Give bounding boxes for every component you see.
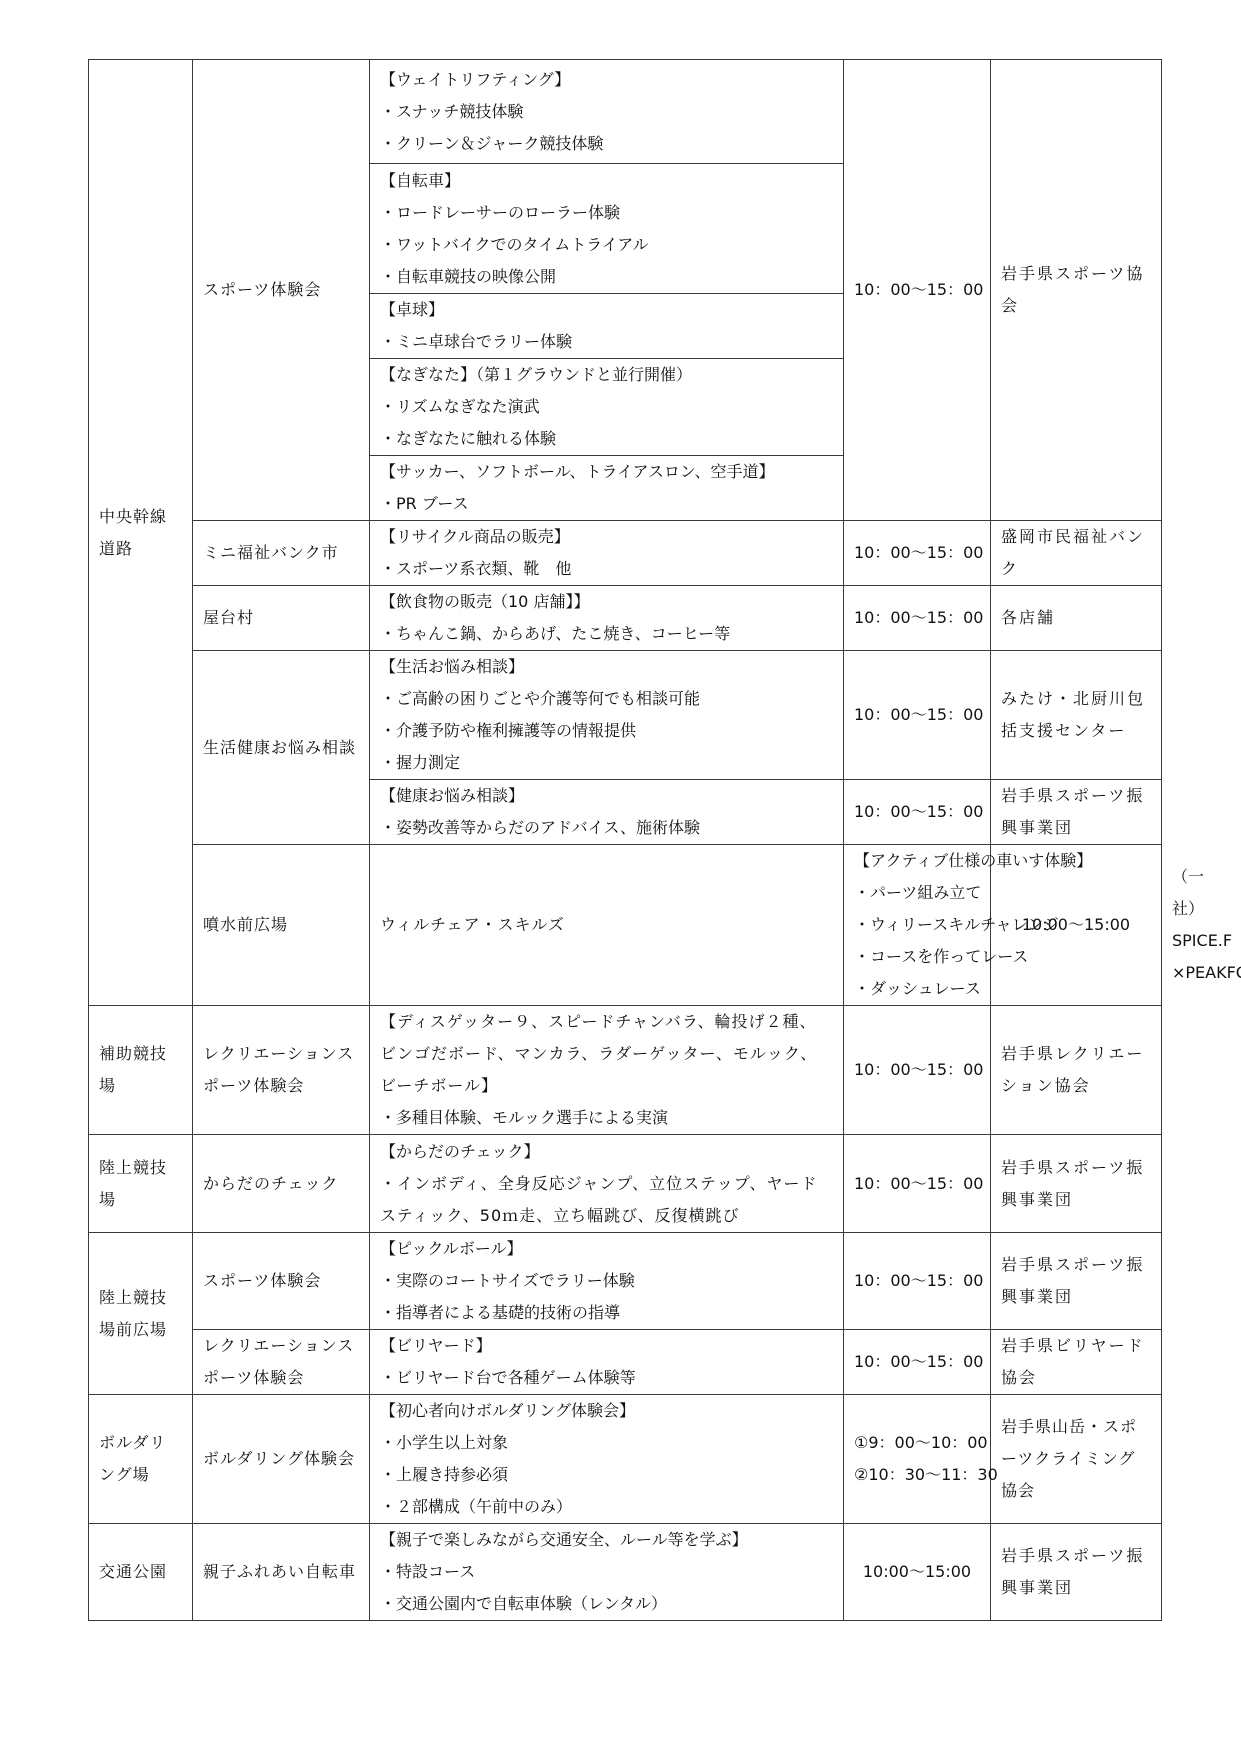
time-cell: 10：00～15：00 xyxy=(844,521,991,586)
content-item: ・なぎなたに触れる体験 xyxy=(380,423,833,455)
event-name-cell: ウィルチェア・スキルズ xyxy=(370,845,844,1006)
content-item: ・上履き持参必須 xyxy=(380,1459,833,1491)
time-cell: 10：00～15：00 xyxy=(844,1233,991,1330)
content-item: ・介護予防や権利擁護等の情報提供 xyxy=(380,715,833,747)
organizer-cell: 岩手県スポーツ振興事業団 xyxy=(991,1135,1162,1233)
event-name-cell: スポーツ体験会 xyxy=(193,60,370,521)
table-row: レクリエーションスポーツ体験会 【ビリヤード】 ・ビリヤード台で各種ゲーム体験等… xyxy=(89,1330,1162,1395)
table-row: 陸上競技場前広場 スポーツ体験会 【ピックルボール】 ・実際のコートサイズでラリ… xyxy=(89,1233,1162,1330)
organizer-cell: 岩手県スポーツ振興事業団 xyxy=(991,780,1162,845)
event-name-cell: からだのチェック xyxy=(193,1135,370,1233)
content-heading: 【リサイクル商品の販売】 xyxy=(380,521,833,553)
content-heading: 【からだのチェック】 xyxy=(380,1136,833,1168)
organizer-cell: 岩手県スポーツ協会 xyxy=(991,60,1162,521)
venue-cell: 補助競技場 xyxy=(89,1006,193,1135)
content-item: ・ご高齢の困りごとや介護等何でも相談可能 xyxy=(380,683,833,715)
content-heading: 【飲食物の販売（10 店舗】】 xyxy=(380,586,833,618)
content-item: ・特設コース xyxy=(380,1556,833,1588)
content-cell: 【ビリヤード】 ・ビリヤード台で各種ゲーム体験等 xyxy=(370,1330,844,1395)
organizer-cell: 岩手県レクリエーション協会 xyxy=(991,1006,1162,1135)
content-item: ・ダッシュレース xyxy=(854,973,980,1005)
event-name-cell: レクリエーションスポーツ体験会 xyxy=(193,1330,370,1395)
venue-cell: ボルダリング場 xyxy=(89,1395,193,1524)
content-item: ・姿勢改善等からだのアドバイス、施術体験 xyxy=(380,812,833,844)
venue-cell: 陸上競技場 xyxy=(89,1135,193,1233)
content-heading: 【自転車】 xyxy=(380,165,833,197)
content-item: ・ロードレーサーのローラー体験 xyxy=(380,197,833,229)
content-item: ・リズムなぎなた演武 xyxy=(380,391,833,423)
time-cell: 10：00～15：00 xyxy=(844,1006,991,1135)
content-cell: 【自転車】 ・ロードレーサーのローラー体験 ・ワットバイクでのタイムトライアル … xyxy=(370,164,844,294)
time-cell: 10：00～15：00 xyxy=(844,1330,991,1395)
organizer-cell: 岩手県山岳・スポーツクライミング協会 xyxy=(991,1395,1162,1524)
time-cell: ①9：00～10：00 ②10：30～11：30 xyxy=(844,1395,991,1524)
content-item: ・実際のコートサイズでラリー体験 xyxy=(380,1265,833,1297)
event-name-cell: スポーツ体験会 xyxy=(193,1233,370,1330)
content-item: ・自転車競技の映像公開 xyxy=(380,261,833,293)
venue-cell: 中央幹線道路 xyxy=(89,60,193,1006)
content-heading: 【アクティブ仕様の車いす体験】 xyxy=(854,845,980,877)
content-item: ・握力測定 xyxy=(380,747,833,779)
organizer-cell: 岩手県スポーツ振興事業団 xyxy=(991,1524,1162,1621)
time-cell: 10：00～15：00 xyxy=(844,1135,991,1233)
content-item: ・インボディ、全身反応ジャンプ、立位ステップ、ヤードスティック、50ｍ走、立ち幅… xyxy=(380,1168,833,1232)
table-row: 噴水前広場 ウィルチェア・スキルズ 【アクティブ仕様の車いす体験】 ・パーツ組み… xyxy=(89,845,1162,1006)
content-item: ・PR ブース xyxy=(380,488,833,520)
time-cell: 10：00～15：00 xyxy=(844,60,991,521)
content-heading: 【ディスゲッター９、スピードチャンバラ、輪投げ２種、ビンゴだボード、マンカラ、ラ… xyxy=(380,1006,833,1102)
content-cell: 【ピックルボール】 ・実際のコートサイズでラリー体験 ・指導者による基礎的技術の… xyxy=(370,1233,844,1330)
content-item: ・コースを作ってレース xyxy=(854,941,980,973)
organizer-cell: 各店舗 xyxy=(991,586,1162,651)
content-heading: 【初心者向けボルダリング体験会】 xyxy=(380,1395,833,1427)
content-cell: 【アクティブ仕様の車いす体験】 ・パーツ組み立て ・ウィリースキルチャレンジ ・… xyxy=(844,845,991,1006)
content-item: ・ウィリースキルチャレンジ xyxy=(854,909,980,941)
venue-cell: 噴水前広場 xyxy=(193,845,370,1006)
content-cell: 【初心者向けボルダリング体験会】 ・小学生以上対象 ・上履き持参必須 ・２部構成… xyxy=(370,1395,844,1524)
content-heading: 【卓球】 xyxy=(380,294,833,326)
content-item: ・ワットバイクでのタイムトライアル xyxy=(380,229,833,261)
content-heading: 【親子で楽しみながら交通安全、ルール等を学ぶ】 xyxy=(380,1524,833,1556)
event-schedule-table: 中央幹線道路 スポーツ体験会 【ウェイトリフティング】 ・スナッチ競技体験 ・ク… xyxy=(88,59,1162,1621)
content-cell: 【からだのチェック】 ・インボディ、全身反応ジャンプ、立位ステップ、ヤードスティ… xyxy=(370,1135,844,1233)
time-cell: 10:00～15:00 xyxy=(844,1524,991,1621)
event-name-cell: レクリエーションスポーツ体験会 xyxy=(193,1006,370,1135)
content-item: ・スポーツ系衣類、靴 他 xyxy=(380,553,833,585)
content-item: ・指導者による基礎的技術の指導 xyxy=(380,1297,833,1329)
content-cell: 【飲食物の販売（10 店舗】】 ・ちゃんこ鍋、からあげ、たこ焼き、コーヒー等 xyxy=(370,586,844,651)
content-cell: 【親子で楽しみながら交通安全、ルール等を学ぶ】 ・特設コース ・交通公園内で自転… xyxy=(370,1524,844,1621)
table-row: 交通公園 親子ふれあい自転車 【親子で楽しみながら交通安全、ルール等を学ぶ】 ・… xyxy=(89,1524,1162,1621)
content-cell: 【ディスゲッター９、スピードチャンバラ、輪投げ２種、ビンゴだボード、マンカラ、ラ… xyxy=(370,1006,844,1135)
content-item: ・ビリヤード台で各種ゲーム体験等 xyxy=(380,1362,833,1394)
content-heading: 【なぎなた】（第１グラウンドと並行開催） xyxy=(380,359,833,391)
organizer-cell: 岩手県スポーツ振興事業団 xyxy=(991,1233,1162,1330)
content-item: ・小学生以上対象 xyxy=(380,1427,833,1459)
content-item: ・スナッチ競技体験 xyxy=(380,96,833,128)
table-row: 中央幹線道路 スポーツ体験会 【ウェイトリフティング】 ・スナッチ競技体験 ・ク… xyxy=(89,60,1162,164)
time-cell: 10：00～15：00 xyxy=(844,651,991,780)
content-heading: 【サッカー、ソフトボール、トライアスロン、空手道】 xyxy=(380,456,833,488)
content-heading: 【ウェイトリフティング】 xyxy=(380,64,833,96)
content-item: ・ミニ卓球台でラリー体験 xyxy=(380,326,833,358)
content-item: ・パーツ組み立て xyxy=(854,877,980,909)
content-item: ・クリーン＆ジャーク競技体験 xyxy=(380,128,833,160)
table-row: 屋台村 【飲食物の販売（10 店舗】】 ・ちゃんこ鍋、からあげ、たこ焼き、コーヒ… xyxy=(89,586,1162,651)
organizer-cell: 岩手県ビリヤード協会 xyxy=(991,1330,1162,1395)
table-row: ミニ福祉バンク市 【リサイクル商品の販売】 ・スポーツ系衣類、靴 他 10：00… xyxy=(89,521,1162,586)
content-cell: 【サッカー、ソフトボール、トライアスロン、空手道】 ・PR ブース xyxy=(370,456,844,521)
table-row: ボルダリング場 ボルダリング体験会 【初心者向けボルダリング体験会】 ・小学生以… xyxy=(89,1395,1162,1524)
content-cell: 【ウェイトリフティング】 ・スナッチ競技体験 ・クリーン＆ジャーク競技体験 xyxy=(370,60,844,164)
organizer-cell: 盛岡市民福祉バンク xyxy=(991,521,1162,586)
content-heading: 【ビリヤード】 xyxy=(380,1330,833,1362)
venue-cell: 陸上競技場前広場 xyxy=(89,1233,193,1395)
event-name-cell: 屋台村 xyxy=(193,586,370,651)
event-name-cell: 親子ふれあい自転車 xyxy=(193,1524,370,1621)
content-cell: 【卓球】 ・ミニ卓球台でラリー体験 xyxy=(370,294,844,359)
content-cell: 【なぎなた】（第１グラウンドと並行開催） ・リズムなぎなた演武 ・なぎなたに触れ… xyxy=(370,359,844,456)
content-item: ・交通公園内で自転車体験（レンタル） xyxy=(380,1588,833,1620)
content-cell: 【リサイクル商品の販売】 ・スポーツ系衣類、靴 他 xyxy=(370,521,844,586)
content-item: ・ちゃんこ鍋、からあげ、たこ焼き、コーヒー等 xyxy=(380,618,833,650)
event-name-cell: 生活健康お悩み相談 xyxy=(193,651,370,845)
event-name-cell: ミニ福祉バンク市 xyxy=(193,521,370,586)
content-heading: 【ピックルボール】 xyxy=(380,1233,833,1265)
table-row: 生活健康お悩み相談 【生活お悩み相談】 ・ご高齢の困りごとや介護等何でも相談可能… xyxy=(89,651,1162,780)
table-row: 陸上競技場 からだのチェック 【からだのチェック】 ・インボディ、全身反応ジャン… xyxy=(89,1135,1162,1233)
content-heading: 【生活お悩み相談】 xyxy=(380,651,833,683)
organizer-cell: みたけ・北厨川包括支援センター xyxy=(991,651,1162,780)
content-heading: 【健康お悩み相談】 xyxy=(380,780,833,812)
table-row: 補助競技場 レクリエーションスポーツ体験会 【ディスゲッター９、スピードチャンバ… xyxy=(89,1006,1162,1135)
time-cell: 10：00～15：00 xyxy=(844,586,991,651)
event-name-cell: ボルダリング体験会 xyxy=(193,1395,370,1524)
content-item: ・多種目体験、モルック選手による実演 xyxy=(380,1102,833,1134)
content-cell: 【生活お悩み相談】 ・ご高齢の困りごとや介護等何でも相談可能 ・介護予防や権利擁… xyxy=(370,651,844,780)
content-cell: 【健康お悩み相談】 ・姿勢改善等からだのアドバイス、施術体験 xyxy=(370,780,844,845)
content-item: ・２部構成（午前中のみ） xyxy=(380,1491,833,1523)
venue-cell: 交通公園 xyxy=(89,1524,193,1621)
time-cell: 10：00～15：00 xyxy=(844,780,991,845)
